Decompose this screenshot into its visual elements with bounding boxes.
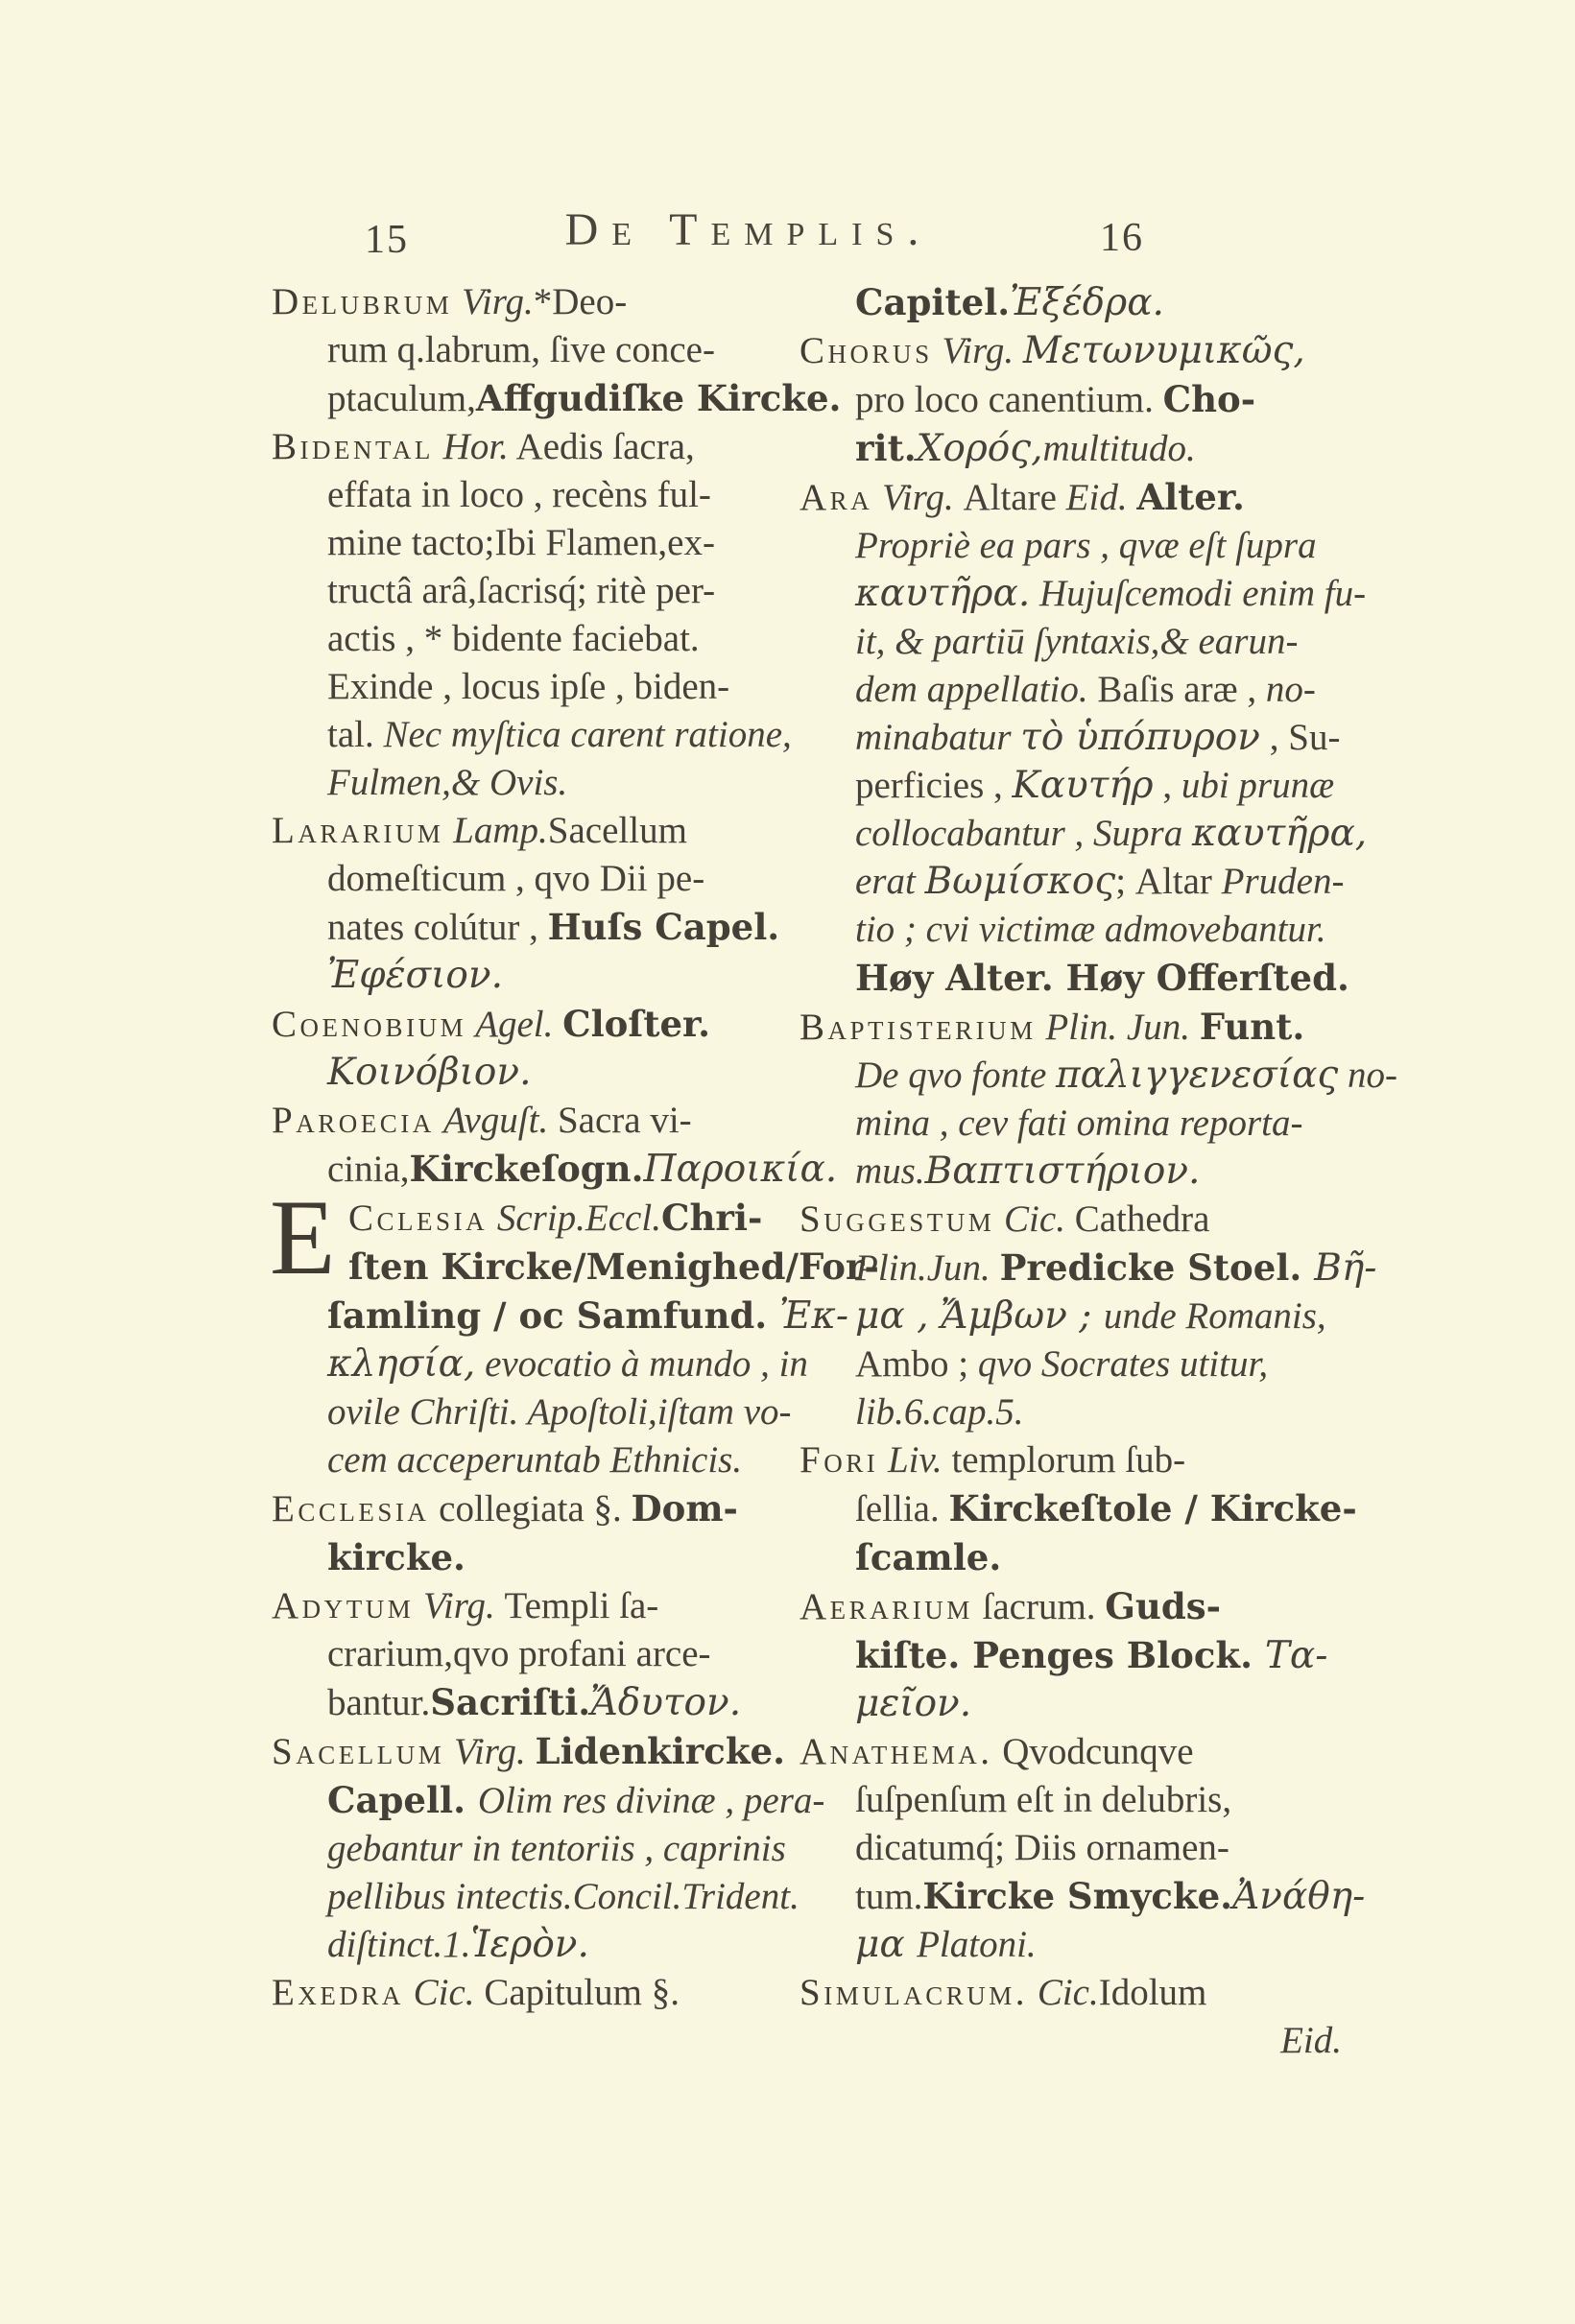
text-line: Lararium Lamp.Sacellum	[272, 807, 798, 855]
entry-ara: Ara Virg. Altare Eid. Alter.Propriè ea p…	[799, 473, 1342, 1003]
text-line: Paroecia Avguſt. Sacra vi-	[272, 1097, 798, 1145]
italic-citation-text: erat	[855, 861, 925, 902]
danish-blackletter-text: Cho-	[1163, 378, 1256, 420]
text-line: ovile Chriſti. Apoſtoli,iſtam vo-	[327, 1388, 798, 1436]
latin-text: mine tacto;Ibi Flamen,ex-	[327, 522, 715, 563]
italic-citation-text: Virg.	[933, 330, 1023, 371]
text-line: pellibus intectis.Concil.Trident.	[327, 1873, 798, 1921]
italic-citation-text: Virg.	[444, 1731, 535, 1772]
latin-text: Baſis aræ ,	[1097, 669, 1265, 710]
text-line: Ara Virg. Altare Eid. Alter.	[799, 473, 1342, 522]
greek-text: Ἐφέσιον.	[327, 954, 503, 997]
latin-text: *Deo-	[534, 281, 627, 322]
text-line: Baptisterium Plin. Jun. Funt.	[799, 1003, 1342, 1052]
greek-text: Καυτήρ	[1013, 764, 1154, 807]
text-line: bantur.Sacriſti.Ἄδυτον.	[327, 1678, 798, 1727]
danish-blackletter-text: Dom-	[632, 1487, 738, 1530]
headword-text: Sacellum	[272, 1731, 444, 1772]
italic-citation-text: Plin. Jun.	[1037, 1007, 1200, 1048]
latin-text: Qvodcunqve	[993, 1731, 1194, 1772]
latin-text: ptaculum,	[327, 378, 476, 419]
latin-text: crarium,qvo profani arce-	[327, 1633, 711, 1674]
page-number-left: 15	[365, 217, 409, 263]
italic-citation-text: Hujuſcemodi enim fu-	[1030, 573, 1366, 614]
column-left: Delubrum Virg.*Deo-rum q.labrum, ſive co…	[272, 278, 798, 2017]
danish-blackletter-text: rit.	[855, 427, 917, 469]
text-line: καυτῆρα. Hujuſcemodi enim fu-	[855, 570, 1342, 618]
headword-text: Aerarium	[799, 1586, 973, 1627]
latin-text: nates colútur ,	[327, 907, 548, 948]
entry-exedra: Exedra Cic. Capitulum §.	[272, 1969, 798, 2017]
greek-text: καυτῆρα.	[855, 572, 1030, 615]
greek-text: μεῖον.	[855, 1682, 971, 1725]
greek-text: Ἐξέδρα.	[1010, 281, 1164, 324]
italic-citation-text: ovile Chriſti. Apoſtoli,iſtam vo-	[327, 1391, 792, 1433]
text-line: perficies , Καυτήρ , ubi prunæ	[855, 762, 1342, 810]
latin-text: tum.	[855, 1876, 922, 1917]
greek-text: Τα-	[1265, 1634, 1328, 1677]
text-line: mine tacto;Ibi Flamen,ex-	[327, 519, 798, 567]
latin-text: ; Altar	[1115, 861, 1221, 902]
headword-text: Bidental	[272, 426, 434, 467]
entry-delubrum: Delubrum Virg.*Deo-rum q.labrum, ſive co…	[272, 278, 798, 423]
headword-text: Ara	[799, 477, 872, 518]
latin-text: Exinde , locus ipſe , biden-	[327, 666, 729, 707]
text-line: Eid.	[799, 2017, 1342, 2065]
text-line: Sacellum Virg. Lidenkircke.	[272, 1727, 798, 1776]
italic-citation-text: ubi prunæ	[1181, 765, 1334, 806]
latin-text: templorum ſub-	[951, 1439, 1185, 1481]
italic-citation-text: Liv.	[878, 1439, 951, 1481]
latin-text: Aedis ſacra,	[509, 426, 695, 467]
italic-citation-text: gebantur in tentoriis , caprinis	[327, 1828, 786, 1869]
running-title: De Templis.	[499, 203, 998, 256]
text-line: effata in loco , recèns ful-	[327, 471, 798, 519]
latin-text: tal.	[327, 714, 383, 755]
text-line: it, & partiū ſyntaxis,& earun-	[855, 618, 1342, 666]
latin-text: collegiata §.	[429, 1488, 631, 1530]
latin-text: tructâ arâ,ſacrisq́; ritè per-	[327, 570, 715, 611]
danish-blackletter-text: Predicke Stoel.	[1000, 1246, 1315, 1289]
entry-baptisterium: Baptisterium Plin. Jun. Funt.De qvo font…	[799, 1003, 1342, 1196]
italic-citation-text: Virg.	[872, 477, 963, 518]
text-line: rit.Χορός,multitudo.	[855, 424, 1342, 473]
italic-citation-text: Pruden-	[1222, 861, 1345, 902]
italic-citation-text: multitudo.	[1043, 428, 1196, 469]
italic-citation-text: mus.	[855, 1150, 925, 1192]
entry-aerarium: Aerarium ſacrum. Guds-kiſte. Penges Bloc…	[799, 1582, 1342, 1728]
text-line: ſcamle.	[855, 1533, 1342, 1582]
text-line: ſellia. Kirckeſtole / Kircke-	[855, 1484, 1342, 1533]
latin-text: pro loco canentium.	[855, 379, 1163, 420]
italic-citation-text: minabatur	[855, 717, 1020, 758]
italic-citation-text: Lamp.	[443, 810, 547, 851]
italic-citation-text: qvo Socrates utitur,	[978, 1343, 1268, 1385]
text-line: tio ; cvi victimæ admovebantur.	[855, 906, 1342, 954]
text-line: Chorus Virg. Μετωνυμικῶς,	[799, 327, 1342, 375]
greek-text: Βαπτιστήριον.	[925, 1150, 1201, 1193]
entry-sacellum: Sacellum Virg. Lidenkircke.Capell. Olim …	[272, 1727, 798, 1969]
greek-text: Βῆ-	[1314, 1246, 1376, 1290]
latin-text: ,	[1154, 765, 1181, 806]
danish-blackletter-text: Kirckeſogn.	[410, 1148, 644, 1190]
latin-text: perficies ,	[855, 765, 1013, 806]
headword-text: Exedra	[272, 1972, 404, 2013]
text-line: ptaculum,Affgudiſke Kircke.	[327, 374, 798, 423]
greek-text: Ἀνάθη-	[1232, 1875, 1365, 1918]
latin-text: Altare	[963, 477, 1065, 518]
entry-simulacrum: Simulacrum. Cic.Idolum	[799, 1969, 1342, 2017]
entry-coenobium: Coenobium Agel. Cloſter.Κοινόβιον.	[272, 1000, 798, 1097]
greek-text: μα , Ἄμβων ;	[855, 1294, 1104, 1338]
latin-text: ſuſpenſum eſt in delubris,	[855, 1779, 1231, 1820]
greek-text: Μετωνυμικῶς,	[1023, 329, 1305, 372]
text-line: pro loco canentium. Cho-	[855, 375, 1342, 424]
latin-text: Sacellum	[548, 810, 687, 851]
italic-citation-text: Virg.	[414, 1585, 504, 1626]
text-line: Suggestum Cic. Cathedra	[799, 1196, 1342, 1244]
italic-citation-text: Plin.Jun.	[855, 1247, 1000, 1289]
entry-suggestum: Suggestum Cic. CathedraPlin.Jun. Predick…	[799, 1196, 1342, 1436]
text-line: gebantur in tentoriis , caprinis	[327, 1825, 798, 1873]
text-line: μεῖον.	[855, 1680, 1342, 1728]
greek-text: κλησία,	[327, 1342, 475, 1386]
text-line: mus.Βαπτιστήριον.	[855, 1148, 1342, 1196]
headword-text: Ecclesia	[272, 1488, 429, 1530]
drop-cap-initial: E	[270, 1190, 335, 1286]
latin-text: actis , * bidente faciebat.	[327, 618, 700, 659]
headword-text: Lararium	[272, 810, 443, 851]
italic-citation-text: dem appellatio.	[855, 669, 1097, 710]
latin-text: rum q.labrum, ſive conce-	[327, 329, 715, 370]
greek-text: μα	[855, 1923, 917, 1966]
entry-bidental: Bidental Hor. Aedis ſacra,effata in loco…	[272, 423, 798, 807]
headword-text: Baptisterium	[799, 1007, 1037, 1048]
text-line: Bidental Hor. Aedis ſacra,	[272, 423, 798, 471]
entry-fori: Fori Liv. templorum ſub-ſellia. Kirckeſt…	[799, 1436, 1342, 1582]
danish-blackletter-text: Høy Alter. Høy Offerſted.	[855, 957, 1349, 999]
text-line: mina , cev fati omina reporta-	[855, 1100, 1342, 1148]
entry-chorus: Chorus Virg. Μετωνυμικῶς,pro loco canent…	[799, 327, 1342, 473]
danish-blackletter-text: Kircke Smycke.	[922, 1875, 1232, 1917]
danish-blackletter-text: Affgudiſke Kircke.	[476, 377, 842, 419]
headword-text: Anathema.	[799, 1731, 993, 1772]
text-line: Ecclesia collegiata §. Dom-	[272, 1484, 798, 1533]
latin-text: cinia,	[327, 1149, 410, 1190]
danish-blackletter-text: kiſte. Penges Block.	[855, 1634, 1265, 1676]
danish-blackletter-text: Huſs Capel.	[548, 906, 780, 948]
headword-text: Suggestum	[799, 1198, 994, 1240]
greek-text: παλιγγενεσίας	[1056, 1054, 1338, 1097]
danish-blackletter-text: ſcamle.	[855, 1536, 1001, 1578]
text-line: κλησία, evocatio à mundo , in	[327, 1340, 798, 1388]
text-line: minabatur τὸ ὑπόπυρον , Su-	[855, 714, 1342, 762]
text-line: μα , Ἄμβων ; unde Romanis,	[855, 1292, 1342, 1340]
headword-text: Coenobium	[272, 1004, 466, 1045]
text-line: Cclesia Scrip.Eccl.Chri-	[348, 1194, 798, 1243]
text-line: domeſticum , qvo Dii pe-	[327, 855, 798, 903]
greek-text: τὸ ὑπόπυρον	[1020, 716, 1260, 759]
text-line: Κοινόβιον.	[327, 1049, 798, 1097]
danish-blackletter-text: Capitel.	[855, 281, 1010, 323]
text-line: tal. Nec myſtica carent ratione,	[327, 711, 798, 759]
text-line: erat Βωμίσκος; Altar Pruden-	[855, 858, 1342, 906]
headword-text: Chorus	[799, 330, 933, 371]
headword-text: Delubrum	[272, 281, 452, 322]
latin-text: Sacra vi-	[558, 1100, 692, 1141]
italic-citation-text: Fulmen,& Ovis.	[327, 762, 567, 803]
italic-citation-text: Cic.	[994, 1198, 1074, 1240]
italic-citation-text: cem acceperuntab Ethnicis.	[327, 1439, 742, 1481]
text-line: Adytum Virg. Templi ſa-	[272, 1582, 798, 1630]
italic-citation-text: Olim res divinæ , pera-	[478, 1780, 824, 1821]
latin-text: effata in loco , recèns ful-	[327, 474, 711, 515]
text-line: lib.6.cap.5.	[855, 1388, 1342, 1436]
latin-text: Idolum	[1099, 1972, 1207, 2013]
column-right: Capitel.Ἐξέδρα.Chorus Virg. Μετωνυμικῶς,…	[799, 278, 1342, 2065]
italic-citation-text: Agel.	[466, 1004, 562, 1045]
text-line: Simulacrum. Cic.Idolum	[799, 1969, 1342, 2017]
italic-citation-text: no-	[1266, 669, 1316, 710]
greek-text: καυτῆρα,	[1192, 812, 1367, 855]
entry-0: Capitel.Ἐξέδρα.	[799, 278, 1342, 327]
text-line: Aerarium ſacrum. Guds-	[799, 1582, 1342, 1631]
text-line: Exinde , locus ipſe , biden-	[327, 663, 798, 711]
page-number-right: 16	[1100, 215, 1144, 261]
text-line: kiſte. Penges Block. Τα-	[855, 1631, 1342, 1680]
italic-citation-text: Eid.	[1280, 2020, 1342, 2061]
greek-text: Ἱερὸν.	[471, 1923, 589, 1966]
danish-blackletter-text: ſamling / oc Samfund.	[327, 1294, 779, 1337]
italic-citation-text: mina , cev fati omina reporta-	[855, 1103, 1302, 1144]
italic-citation-text: Cic.	[1028, 1972, 1099, 2013]
text-line: De qvo fonte παλιγγενεσίας no-	[855, 1052, 1342, 1100]
text-line: Fulmen,& Ovis.	[327, 759, 798, 807]
italic-citation-text: pellibus intectis.Concil.Trident.	[327, 1876, 799, 1917]
danish-blackletter-text: kircke.	[327, 1536, 465, 1578]
text-line: diſtinct.1.Ἱερὸν.	[327, 1921, 798, 1969]
italic-citation-text: lib.6.cap.5.	[855, 1391, 1023, 1433]
latin-text: bantur.	[327, 1682, 430, 1723]
text-line: Fori Liv. templorum ſub-	[799, 1436, 1342, 1484]
italic-citation-text: unde Romanis,	[1104, 1295, 1326, 1337]
text-line: Ἐφέσιον.	[327, 952, 798, 1000]
danish-blackletter-text: Alter.	[1136, 476, 1245, 518]
latin-text: Templi ſa-	[504, 1585, 658, 1626]
italic-citation-text: no-	[1338, 1055, 1397, 1096]
entry-cclesia: ECclesia Scrip.Eccl.Chri-ſten Kircke/Men…	[272, 1194, 798, 1484]
greek-text: Βωμίσκος	[925, 860, 1116, 903]
text-line: Plin.Jun. Predicke Stoel. Βῆ-	[855, 1244, 1342, 1292]
text-line: Coenobium Agel. Cloſter.	[272, 1000, 798, 1049]
headword-text: Cclesia	[348, 1198, 488, 1239]
text-line: actis , * bidente faciebat.	[327, 615, 798, 663]
italic-citation-text: Propriè ea pars , qvæ eſt ſupra	[855, 525, 1317, 566]
danish-blackletter-text: Sacriſti.	[430, 1681, 590, 1723]
italic-citation-text: collocabantur , Supra	[855, 813, 1192, 854]
text-line: rum q.labrum, ſive conce-	[327, 326, 798, 374]
italic-citation-text: Eid.	[1066, 477, 1137, 518]
entry-adytum: Adytum Virg. Templi ſa-crarium,qvo profa…	[272, 1582, 798, 1727]
text-line: μα Platoni.	[855, 1921, 1342, 1969]
headword-text: Paroecia	[272, 1100, 435, 1141]
headword-text: Adytum	[272, 1585, 414, 1626]
italic-citation-text: diſtinct.1.	[327, 1924, 471, 1965]
italic-citation-text: Virg.	[452, 281, 534, 322]
danish-blackletter-text: Capell.	[327, 1779, 478, 1821]
text-line: Propriè ea pars , qvæ eſt ſupra	[855, 522, 1342, 570]
italic-citation-text: it, & partiū ſyntaxis,& earun-	[855, 621, 1298, 662]
text-line: cinia,Kirckeſogn.Παροικία.	[327, 1145, 798, 1194]
danish-blackletter-text: Funt.	[1200, 1006, 1305, 1048]
greek-text: Ἄδυτον.	[590, 1681, 741, 1724]
text-line: ſten Kircke/Menighed/For-	[348, 1243, 798, 1292]
danish-blackletter-text: Guds-	[1105, 1585, 1221, 1627]
text-line: tum.Kircke Smycke.Ἀνάθη-	[855, 1872, 1342, 1921]
entry-paroecia: Paroecia Avguſt. Sacra vi-cinia,Kirckeſo…	[272, 1097, 798, 1194]
latin-text: , Su-	[1260, 717, 1340, 758]
text-line: Capitel.Ἐξέδρα.	[855, 278, 1342, 327]
danish-blackletter-text: Cloſter.	[562, 1003, 710, 1045]
italic-citation-text: evocatio à mundo , in	[475, 1343, 808, 1385]
italic-citation-text: Platoni.	[917, 1924, 1037, 1965]
danish-blackletter-text: Kirckeſtole / Kircke-	[948, 1487, 1356, 1530]
text-line: dem appellatio. Baſis aræ , no-	[855, 666, 1342, 714]
latin-text: Cathedra	[1075, 1198, 1210, 1240]
greek-text: Χορός,	[917, 427, 1043, 470]
italic-citation-text: De qvo fonte	[855, 1055, 1056, 1096]
italic-citation-text: Scrip.Eccl.	[488, 1198, 661, 1239]
book-page: 15 De Templis. 16 Delubrum Virg.*Deo-rum…	[0, 0, 1575, 2324]
latin-text: domeſticum , qvo Dii pe-	[327, 858, 704, 899]
text-line: cem acceperuntab Ethnicis.	[327, 1436, 798, 1484]
text-line: crarium,qvo profani arce-	[327, 1630, 798, 1678]
text-line: Ambo ; qvo Socrates utitur,	[855, 1340, 1342, 1388]
latin-text: ſellia.	[855, 1488, 948, 1530]
italic-citation-text: tio ; cvi victimæ admovebantur.	[855, 909, 1326, 950]
text-line: nates colútur , Huſs Capel.	[327, 903, 798, 952]
headword-text: Simulacrum.	[799, 1972, 1028, 2013]
text-line: Anathema. Qvodcunqve	[799, 1728, 1342, 1776]
text-line: Høy Alter. Høy Offerſted.	[855, 954, 1342, 1003]
entry-lararium: Lararium Lamp.Sacellumdomeſticum , qvo D…	[272, 807, 798, 1000]
italic-citation-text: Avguſt.	[435, 1100, 558, 1141]
text-line: tructâ arâ,ſacrisq́; ritè per-	[327, 567, 798, 615]
entry-ecclesia: Ecclesia collegiata §. Dom-kircke.	[272, 1484, 798, 1582]
latin-text: Capitulum §.	[484, 1972, 680, 2013]
text-line: Exedra Cic. Capitulum §.	[272, 1969, 798, 2017]
text-line: kircke.	[327, 1533, 798, 1582]
text-line: Delubrum Virg.*Deo-	[272, 278, 798, 326]
text-line: dicatumq́; Diis ornamen-	[855, 1824, 1342, 1872]
italic-citation-text: Cic.	[404, 1972, 484, 2013]
text-line: ſamling / oc Samfund. Ἐκ-	[327, 1292, 798, 1340]
text-line: ſuſpenſum eſt in delubris,	[855, 1776, 1342, 1824]
italic-citation-text: Nec myſtica carent ratione,	[383, 714, 791, 755]
latin-text: dicatumq́; Diis ornamen-	[855, 1827, 1229, 1868]
entry-anathema: Anathema. Qvodcunqveſuſpenſum eſt in del…	[799, 1728, 1342, 1969]
latin-text: Ambo ;	[855, 1343, 978, 1385]
italic-citation-text: Hor.	[434, 426, 509, 467]
headword-text: Fori	[799, 1439, 878, 1481]
danish-blackletter-text: Lidenkircke.	[536, 1730, 786, 1772]
greek-text: Κοινόβιον.	[327, 1051, 532, 1094]
latin-text: ſacrum.	[973, 1586, 1106, 1627]
text-line: Capell. Olim res divinæ , pera-	[327, 1776, 798, 1825]
text-line: collocabantur , Supra καυτῆρα,	[855, 810, 1342, 858]
entry-catchword: Eid.	[799, 2017, 1342, 2065]
danish-blackletter-text: Chri-	[661, 1197, 762, 1239]
